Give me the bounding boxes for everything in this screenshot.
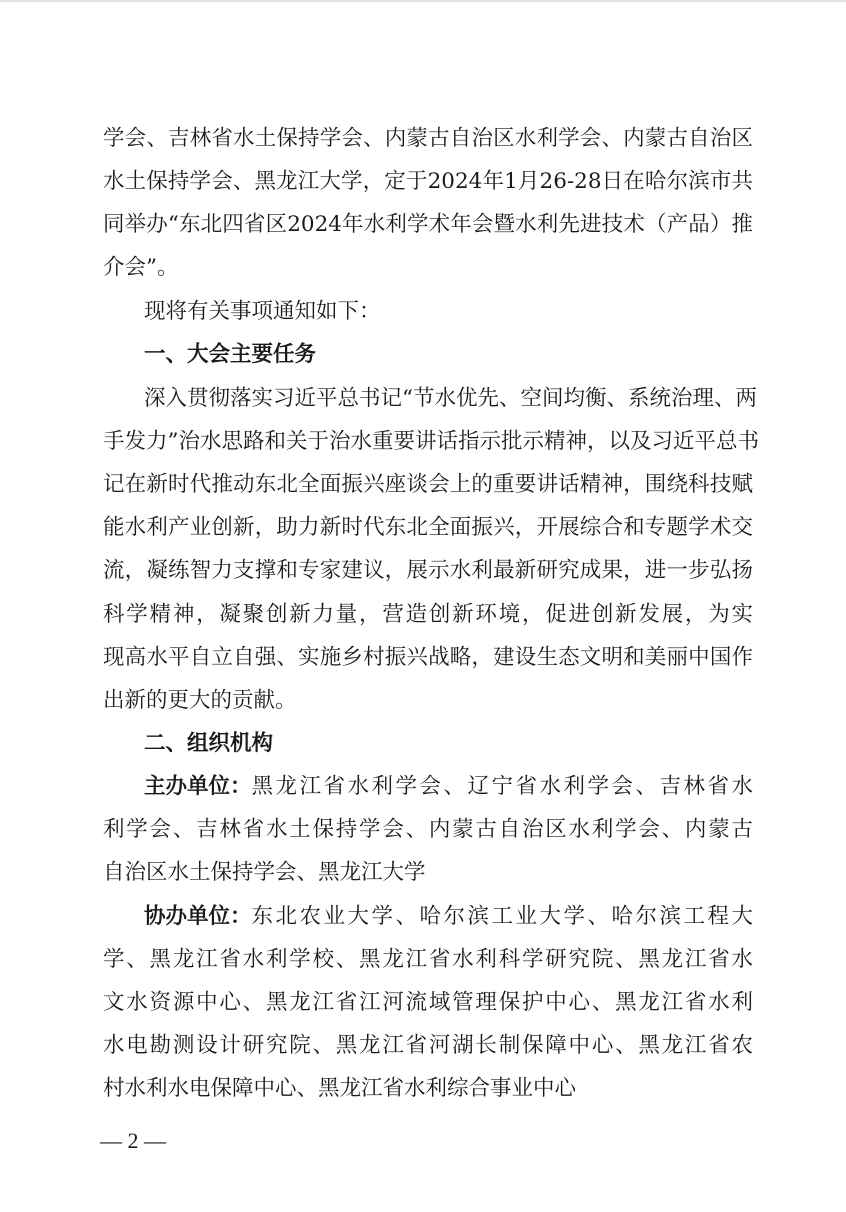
section2-heading: 二、组织机构 bbox=[144, 729, 753, 759]
cohost-line: 村水利水电保障中心、黑龙江省水利综合事业中心 bbox=[103, 1074, 753, 1104]
section1-line: 科学精神，凝聚创新力量，营造创新环境，促进创新发展，为实 bbox=[103, 600, 753, 630]
cohost-line: 学、黑龙江省水利学校、黑龙江省水利科学研究院、黑龙江省水 bbox=[103, 945, 753, 975]
host-label: 主办单位： bbox=[144, 772, 252, 802]
section1-line: 记在新时代推动东北全面振兴座谈会上的重要讲话精神，围绕科技赋 bbox=[103, 470, 753, 500]
cohost-label: 协办单位： bbox=[144, 902, 252, 932]
cohost-line: 文水资源中心、黑龙江省江河流域管理保护中心、黑龙江省水利 bbox=[103, 988, 753, 1018]
notice-line: 现将有关事项通知如下： bbox=[144, 297, 753, 327]
document-page: 学会、吉林省水土保持学会、内蒙古自治区水利学会、内蒙古自治区 水土保持学会、黑龙… bbox=[0, 0, 846, 1212]
section1-line: 出新的更大的贡献。 bbox=[103, 686, 753, 716]
host-first-line: 主办单位：黑龙江省水利学会、辽宁省水利学会、吉林省水 bbox=[144, 772, 753, 802]
intro-line: 介会”。 bbox=[103, 253, 753, 283]
section1-line: 现高水平自立自强、实施乡村振兴战略，建设生态文明和美丽中国作 bbox=[103, 643, 753, 673]
cohost-first-text: 东北农业大学、哈尔滨工业大学、哈尔滨工程大 bbox=[252, 902, 753, 932]
host-first-text: 黑龙江省水利学会、辽宁省水利学会、吉林省水 bbox=[252, 772, 753, 802]
section1-heading: 一、大会主要任务 bbox=[144, 340, 753, 370]
section1-line: 流，凝练智力支撑和专家建议，展示水利最新研究成果，进一步弘扬 bbox=[103, 556, 753, 586]
intro-line: 水土保持学会、黑龙江大学，定于2024年1月26-28日在哈尔滨市共 bbox=[103, 167, 753, 197]
host-line: 利学会、吉林省水土保持学会、内蒙古自治区水利学会、内蒙古 bbox=[103, 815, 753, 845]
section1-line: 深入贯彻落实习近平总书记“节水优先、空间均衡、系统治理、两 bbox=[144, 384, 753, 414]
section1-line: 能水利产业创新，助力新时代东北全面振兴，开展综合和专题学术交 bbox=[103, 513, 753, 543]
host-line: 自治区水土保持学会、黑龙江大学 bbox=[103, 858, 753, 888]
intro-line: 同举办“东北四省区2024年水利学术年会暨水利先进技术（产品）推 bbox=[103, 210, 753, 240]
section1-line: 手发力”治水思路和关于治水重要讲话指示批示精神，以及习近平总书 bbox=[103, 427, 753, 457]
cohost-first-line: 协办单位：东北农业大学、哈尔滨工业大学、哈尔滨工程大 bbox=[144, 902, 753, 932]
cohost-line: 水电勘测设计研究院、黑龙江省河湖长制保障中心、黑龙江省农 bbox=[103, 1031, 753, 1061]
page-number: — 2 — bbox=[100, 1126, 166, 1156]
intro-line: 学会、吉林省水土保持学会、内蒙古自治区水利学会、内蒙古自治区 bbox=[103, 124, 753, 154]
